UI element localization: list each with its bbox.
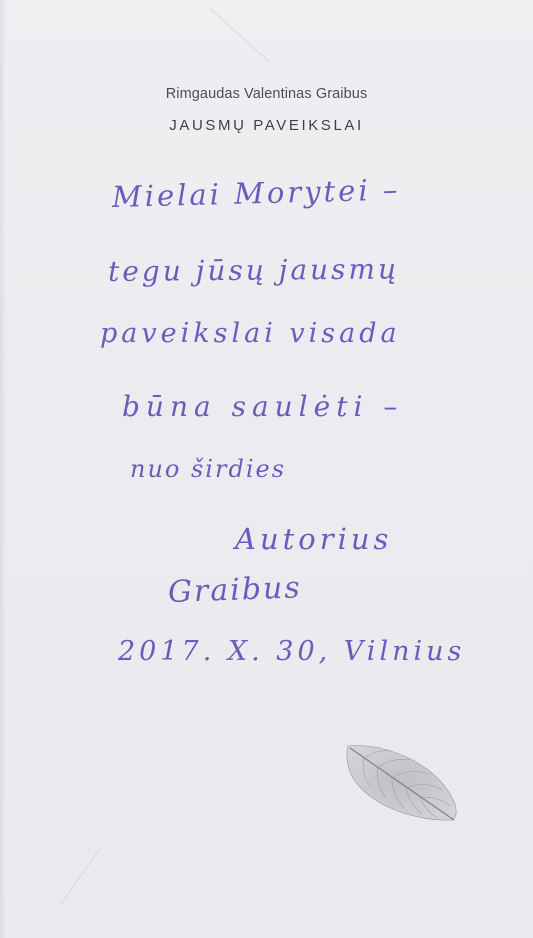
book-title-page: Rimgaudas Valentinas Graibus JAUSMŲ PAVE… bbox=[0, 0, 533, 938]
inscription-line: nuo širdies bbox=[130, 455, 286, 483]
inscription-line: paveikslai visada bbox=[100, 318, 401, 349]
book-title: JAUSMŲ PAVEIKSLAI bbox=[0, 117, 533, 134]
inscription-line-author: Autorius bbox=[235, 522, 392, 556]
author-signature: Graibus bbox=[167, 570, 302, 610]
inscription-line-dedication: Mielai Morytei – bbox=[112, 172, 401, 214]
book-author: Rimgaudas Valentinas Graibus bbox=[0, 86, 533, 102]
page-edge-shadow bbox=[0, 0, 6, 938]
leaf-icon bbox=[342, 742, 460, 824]
inscription-line: tegu jūsų jausmų bbox=[108, 252, 399, 288]
paper-crease bbox=[60, 848, 101, 906]
inscription-date-place: 2017. X. 30, Vilnius bbox=[118, 636, 465, 667]
paper-crease bbox=[210, 8, 270, 62]
inscription-line: būna saulėti – bbox=[122, 390, 403, 423]
